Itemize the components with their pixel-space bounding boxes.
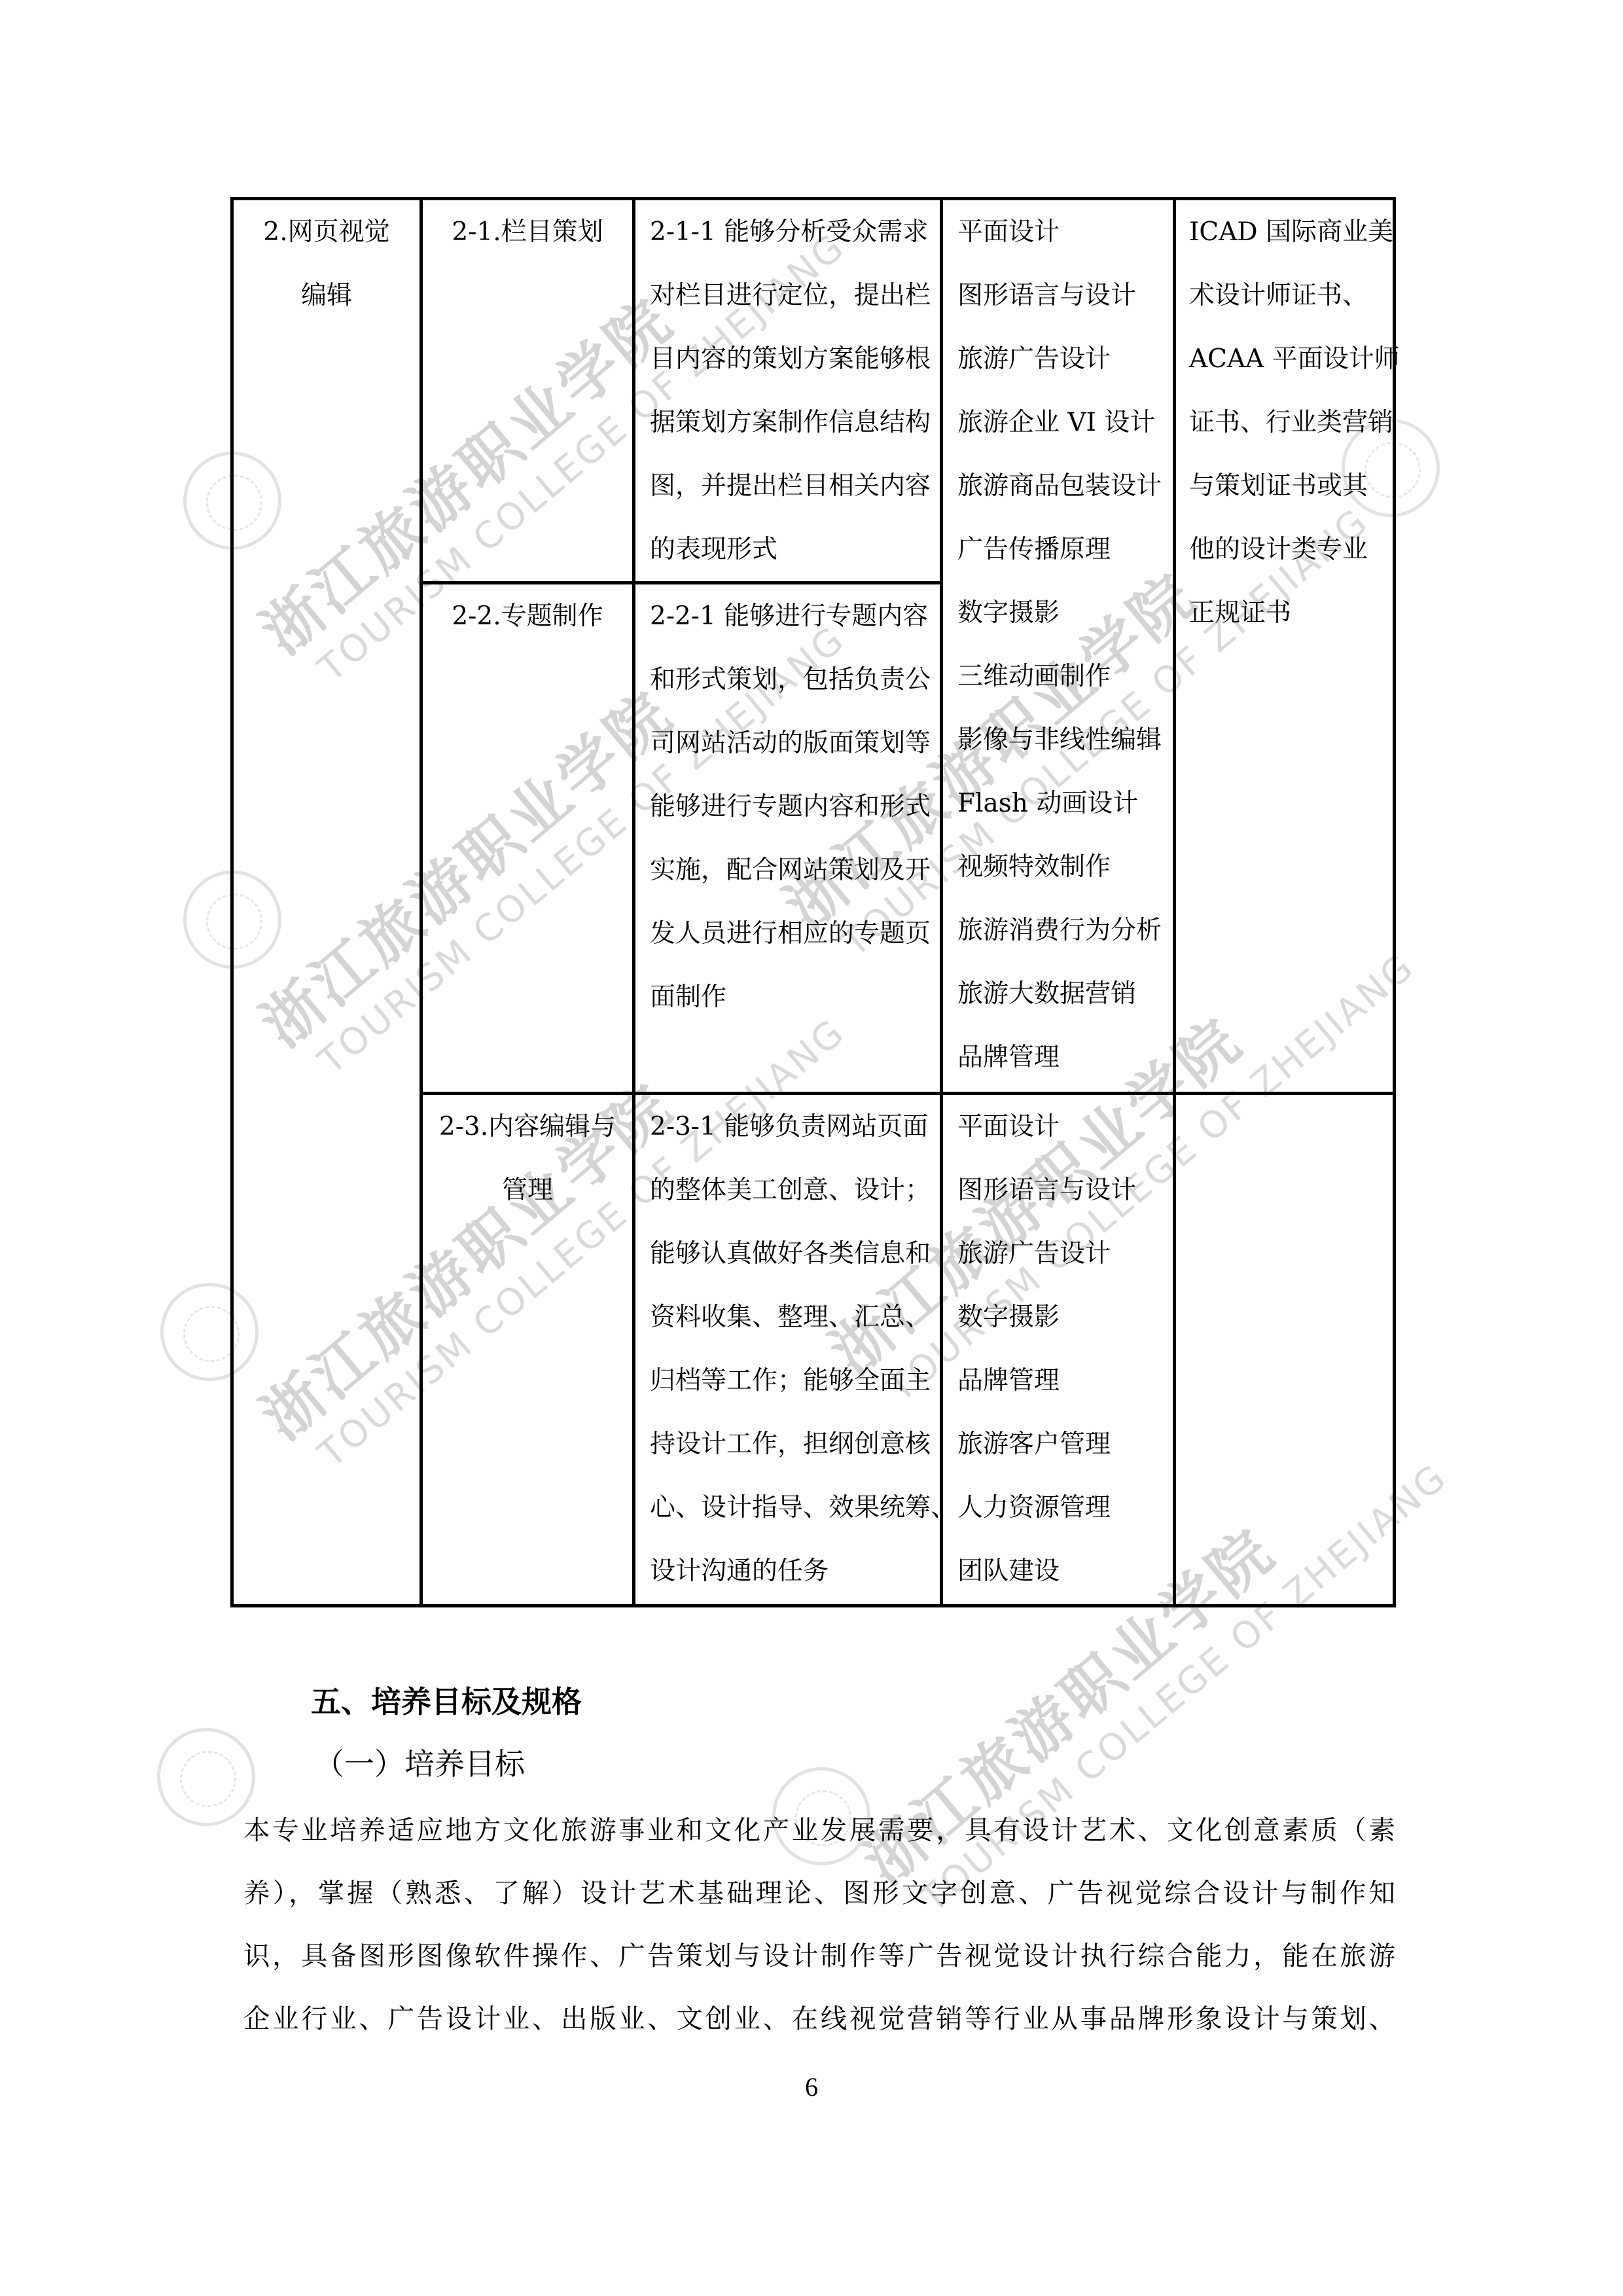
certificates-cell-empty [1175,1094,1395,1606]
task-line: 2-1.栏目策划 [435,200,620,264]
course-item: 广告传播原理 [957,518,1158,581]
certificate-line: 与策划证书或其 [1189,454,1380,518]
course-item: 图形语言与设计 [957,264,1158,327]
section-heading: 五、培养目标及规格 [311,1676,582,1728]
certificates-cell: ICAD 国际商业美 术设计师证书、 ACAA 平面设计师 证书、行业类营销 与… [1175,199,1395,1094]
task-cell: 2-1.栏目策划 [421,199,634,583]
paragraph-line: 企业行业、广告设计业、出版业、文创业、在线视觉营销等行业从事品牌形象设计与策划、 [243,1987,1395,2050]
ability-line: 面制作 [650,965,925,1029]
area-line: 编辑 [245,264,408,327]
certificate-line: ICAD 国际商业美 [1189,200,1380,264]
paragraph-line: 识，具备图形图像软件操作、广告策划与设计制作等广告视觉设计执行综合能力，能在旅游 [243,1924,1395,1987]
course-item: 品牌管理 [957,1026,1158,1089]
task-line: 2-3.内容编辑与 [435,1095,620,1158]
ability-line: 能够认真做好各类信息和 [650,1222,925,1285]
course-item: 团队建设 [957,1539,1158,1603]
ability-line: 2-2-1 能够进行专题内容 [650,584,925,648]
ability-line: 的整体美工创意、设计； [650,1158,925,1222]
course-item: 旅游广告设计 [957,1222,1158,1285]
course-item: 图形语言与设计 [957,1158,1158,1222]
ability-line: 归档等工作；能够全面主 [650,1349,925,1412]
ability-line: 图，并提出栏目相关内容 [650,454,925,518]
ability-line: 资料收集、整理、汇总、 [650,1285,925,1349]
page-number: 6 [0,2072,1623,2102]
course-item: 旅游消费行为分析 [957,899,1158,962]
ability-line: 发人员进行相应的专题页 [650,902,925,965]
task-line: 管理 [435,1158,620,1222]
certificate-line: ACAA 平面设计师 [1189,327,1380,391]
task-line: 2-2.专题制作 [435,584,620,648]
course-item: 人力资源管理 [957,1476,1158,1539]
ability-line: 能够进行专题内容和形式 [650,775,925,838]
ability-line: 2-3-1 能够负责网站页面 [650,1095,925,1158]
ability-line: 和形式策划，包括负责公 [650,648,925,711]
ability-line: 目内容的策划方案能够根 [650,327,925,391]
course-item: 视频特效制作 [957,835,1158,899]
course-item: 旅游大数据营销 [957,962,1158,1026]
ability-line: 设计沟通的任务 [650,1539,925,1603]
course-item: Flash 动画设计 [957,772,1158,835]
course-item: 平面设计 [957,1095,1158,1158]
course-item: 三维动画制作 [957,645,1158,708]
seal-icon [157,1728,255,1826]
course-item: 旅游企业 VI 设计 [957,391,1158,454]
paragraph: 本专业培养适应地方文化旅游事业和文化产业发展需要，具有设计艺术、文化创意素质（素… [243,1799,1395,2050]
table-row: 2.网页视觉 编辑 2-1.栏目策划 2-1-1 能够分析受众需求 对栏目进行定… [232,199,1395,583]
course-item: 旅游客户管理 [957,1412,1158,1476]
task-cell: 2-2.专题制作 [421,583,634,1094]
courses-cell: 平面设计 图形语言与设计 旅游广告设计 数字摄影 品牌管理 旅游客户管理 人力资… [942,1094,1175,1606]
ability-line: 实施，配合网站策划及开 [650,838,925,902]
ability-line: 对栏目进行定位，提出栏 [650,264,925,327]
ability-cell: 2-2-1 能够进行专题内容 和形式策划，包括负责公 司网站活动的版面策划等 能… [634,583,942,1094]
ability-cell: 2-1-1 能够分析受众需求 对栏目进行定位，提出栏 目内容的策划方案能够根 据… [634,199,942,583]
ability-line: 司网站活动的版面策划等 [650,711,925,775]
paragraph-line: 养），掌握（熟悉、了解）设计艺术基础理论、图形文字创意、广告视觉综合设计与制作知 [243,1861,1395,1924]
ability-line: 持设计工作，担纲创意核 [650,1412,925,1476]
paragraph-line: 本专业培养适应地方文化旅游事业和文化产业发展需要，具有设计艺术、文化创意素质（素 [243,1799,1395,1861]
course-item: 数字摄影 [957,1285,1158,1349]
courses-cell: 平面设计 图形语言与设计 旅游广告设计 旅游企业 VI 设计 旅游商品包装设计 … [942,199,1175,1094]
certificate-line: 证书、行业类营销 [1189,391,1380,454]
ability-line: 据策划方案制作信息结构 [650,391,925,454]
course-item: 旅游商品包装设计 [957,454,1158,518]
ability-line: 2-1-1 能够分析受众需求 [650,200,925,264]
area-line: 2.网页视觉 [245,200,408,264]
skills-table-container: 2.网页视觉 编辑 2-1.栏目策划 2-1-1 能够分析受众需求 对栏目进行定… [230,197,1396,1607]
course-item: 平面设计 [957,200,1158,264]
ability-line: 心、设计指导、效果统筹、 [650,1476,925,1539]
area-cell: 2.网页视觉 编辑 [232,199,421,1606]
ability-cell: 2-3-1 能够负责网站页面 的整体美工创意、设计； 能够认真做好各类信息和 资… [634,1094,942,1606]
section-subheading: （一）培养目标 [314,1738,525,1790]
certificate-line: 他的设计类专业 [1189,518,1380,581]
course-item: 影像与非线性编辑 [957,708,1158,772]
task-cell: 2-3.内容编辑与 管理 [421,1094,634,1606]
ability-line: 的表现形式 [650,518,925,581]
certificate-line: 正规证书 [1189,581,1380,645]
course-item: 品牌管理 [957,1349,1158,1412]
course-item: 旅游广告设计 [957,327,1158,391]
course-item: 数字摄影 [957,581,1158,645]
certificate-line: 术设计师证书、 [1189,264,1380,327]
skills-table: 2.网页视觉 编辑 2-1.栏目策划 2-1-1 能够分析受众需求 对栏目进行定… [230,197,1396,1607]
